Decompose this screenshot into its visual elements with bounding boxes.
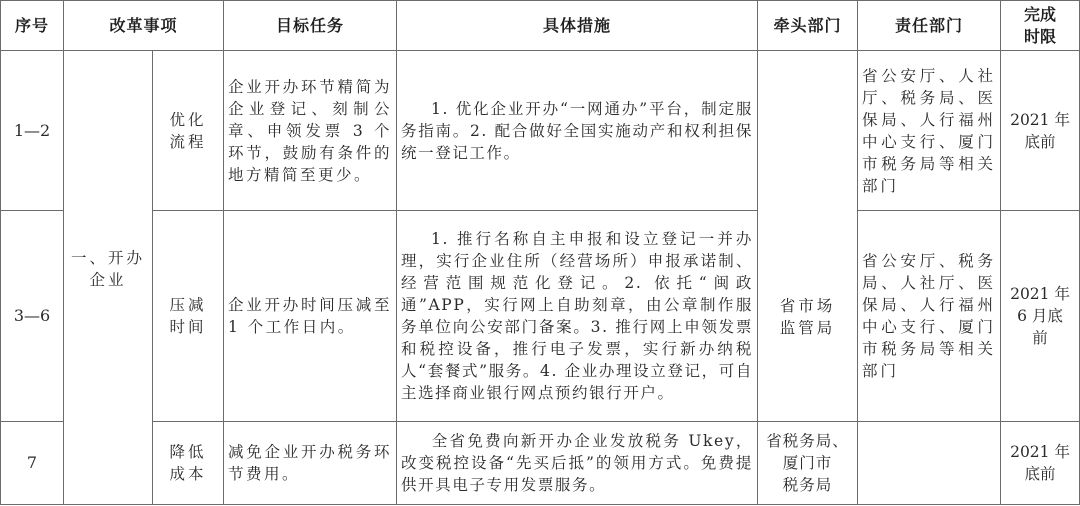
table-row: 7 降低 成本 减免企业开办税务环节费用。 全省免费向新开办企业发放税务 Uke… xyxy=(1,422,1080,505)
sub-item-line2: 成本 xyxy=(157,463,219,485)
row-seq: 1—2 xyxy=(1,51,64,211)
deadline-line2: 底前 xyxy=(1005,463,1075,485)
row-seq: 3—6 xyxy=(1,211,64,422)
table-row: 1—2 一、开办 企业 优化 流程 企业开办环节精简为企业登记、刻制公章、申领发… xyxy=(1,51,1080,211)
deadline-line2: 6 月底 xyxy=(1005,305,1075,327)
measures-text: 1. 推行名称自主申报和设立登记一并办理，实行企业住所（经营场所）申报承诺制、经… xyxy=(401,230,753,402)
deadline: 2021 年 6 月底 前 xyxy=(1001,211,1080,422)
lead-dept-line2: 监管局 xyxy=(762,317,853,339)
target-task: 企业开办时间压减至 1 个工作日内。 xyxy=(224,211,397,422)
measures: 1. 推行名称自主申报和设立登记一并办理，实行企业住所（经营场所）申报承诺制、经… xyxy=(397,211,758,422)
row-seq: 7 xyxy=(1,422,64,505)
sub-item-line1: 降低 xyxy=(157,441,219,463)
deadline: 2021 年 底前 xyxy=(1001,422,1080,505)
reform-table: 序号 改革事项 目标任务 具体措施 牵头部门 责任部门 完成 时限 1—2 一、… xyxy=(0,0,1080,505)
lead-dept-shared: 省市场 监管局 xyxy=(758,51,858,422)
sub-item: 降低 成本 xyxy=(153,422,224,505)
sub-item-line2: 时间 xyxy=(157,316,219,338)
responsible-dept: 省公安厅、人社厅、税务局、医保局、人行福州中心支行、厦门市税务局等相关部门 xyxy=(858,51,1001,211)
lead-dept-line3: 税务局 xyxy=(762,474,853,496)
deadline-line1: 2021 年 xyxy=(1005,283,1075,305)
sub-item: 压减 时间 xyxy=(153,211,224,422)
measures-text: 全省免费向新开办企业发放税务 Ukey，改变税控设备“先买后抵”的领用方式。免费… xyxy=(401,432,753,494)
sub-item: 优化 流程 xyxy=(153,51,224,211)
deadline-line1: 2021 年 xyxy=(1005,109,1075,131)
deadline-line3: 前 xyxy=(1005,327,1075,349)
sub-item-line2: 流程 xyxy=(157,131,219,153)
deadline-line2: 底前 xyxy=(1005,131,1075,153)
lead-dept-line2: 厦门市 xyxy=(762,452,853,474)
category-line1: 一、开办 xyxy=(68,247,148,269)
header-target-task: 目标任务 xyxy=(224,1,397,51)
header-responsible-dept: 责任部门 xyxy=(858,1,1001,51)
responsible-dept: 省公安厅、税务局、人社厅、医保局、人行福州中心支行、厦门市税务局等相关部门 xyxy=(858,211,1001,422)
target-task: 减免企业开办税务环节费用。 xyxy=(224,422,397,505)
header-seq: 序号 xyxy=(1,1,64,51)
header-reform-item: 改革事项 xyxy=(64,1,224,51)
deadline-line1: 2021 年 xyxy=(1005,441,1075,463)
measures: 全省免费向新开办企业发放税务 Ukey，改变税控设备“先买后抵”的领用方式。免费… xyxy=(397,422,758,505)
target-task: 企业开办环节精简为企业登记、刻制公章、申领发票 3 个环节，鼓励有条件的地方精简… xyxy=(224,51,397,211)
sub-item-line1: 优化 xyxy=(157,109,219,131)
deadline: 2021 年 底前 xyxy=(1001,51,1080,211)
category-cell: 一、开办 企业 xyxy=(64,51,153,505)
lead-dept-line1: 省市场 xyxy=(762,295,853,317)
measures: 1. 优化企业开办“一网通办”平台，制定服务指南。2. 配合做好全国实施动产和权… xyxy=(397,51,758,211)
header-measures: 具体措施 xyxy=(397,1,758,51)
header-deadline-line1: 完成 xyxy=(1005,4,1075,26)
responsible-dept xyxy=(858,422,1001,505)
category-line2: 企业 xyxy=(68,269,148,291)
measures-text: 1. 优化企业开办“一网通办”平台，制定服务指南。2. 配合做好全国实施动产和权… xyxy=(401,100,753,162)
lead-dept-line1: 省税务局、 xyxy=(762,430,853,452)
lead-dept: 省税务局、 厦门市 税务局 xyxy=(758,422,858,505)
header-row: 序号 改革事项 目标任务 具体措施 牵头部门 责任部门 完成 时限 xyxy=(1,1,1080,51)
header-deadline-line2: 时限 xyxy=(1005,26,1075,48)
header-deadline: 完成 时限 xyxy=(1001,1,1080,51)
sub-item-line1: 压减 xyxy=(157,294,219,316)
table-row: 3—6 压减 时间 企业开办时间压减至 1 个工作日内。 1. 推行名称自主申报… xyxy=(1,211,1080,422)
header-lead-dept: 牵头部门 xyxy=(758,1,858,51)
